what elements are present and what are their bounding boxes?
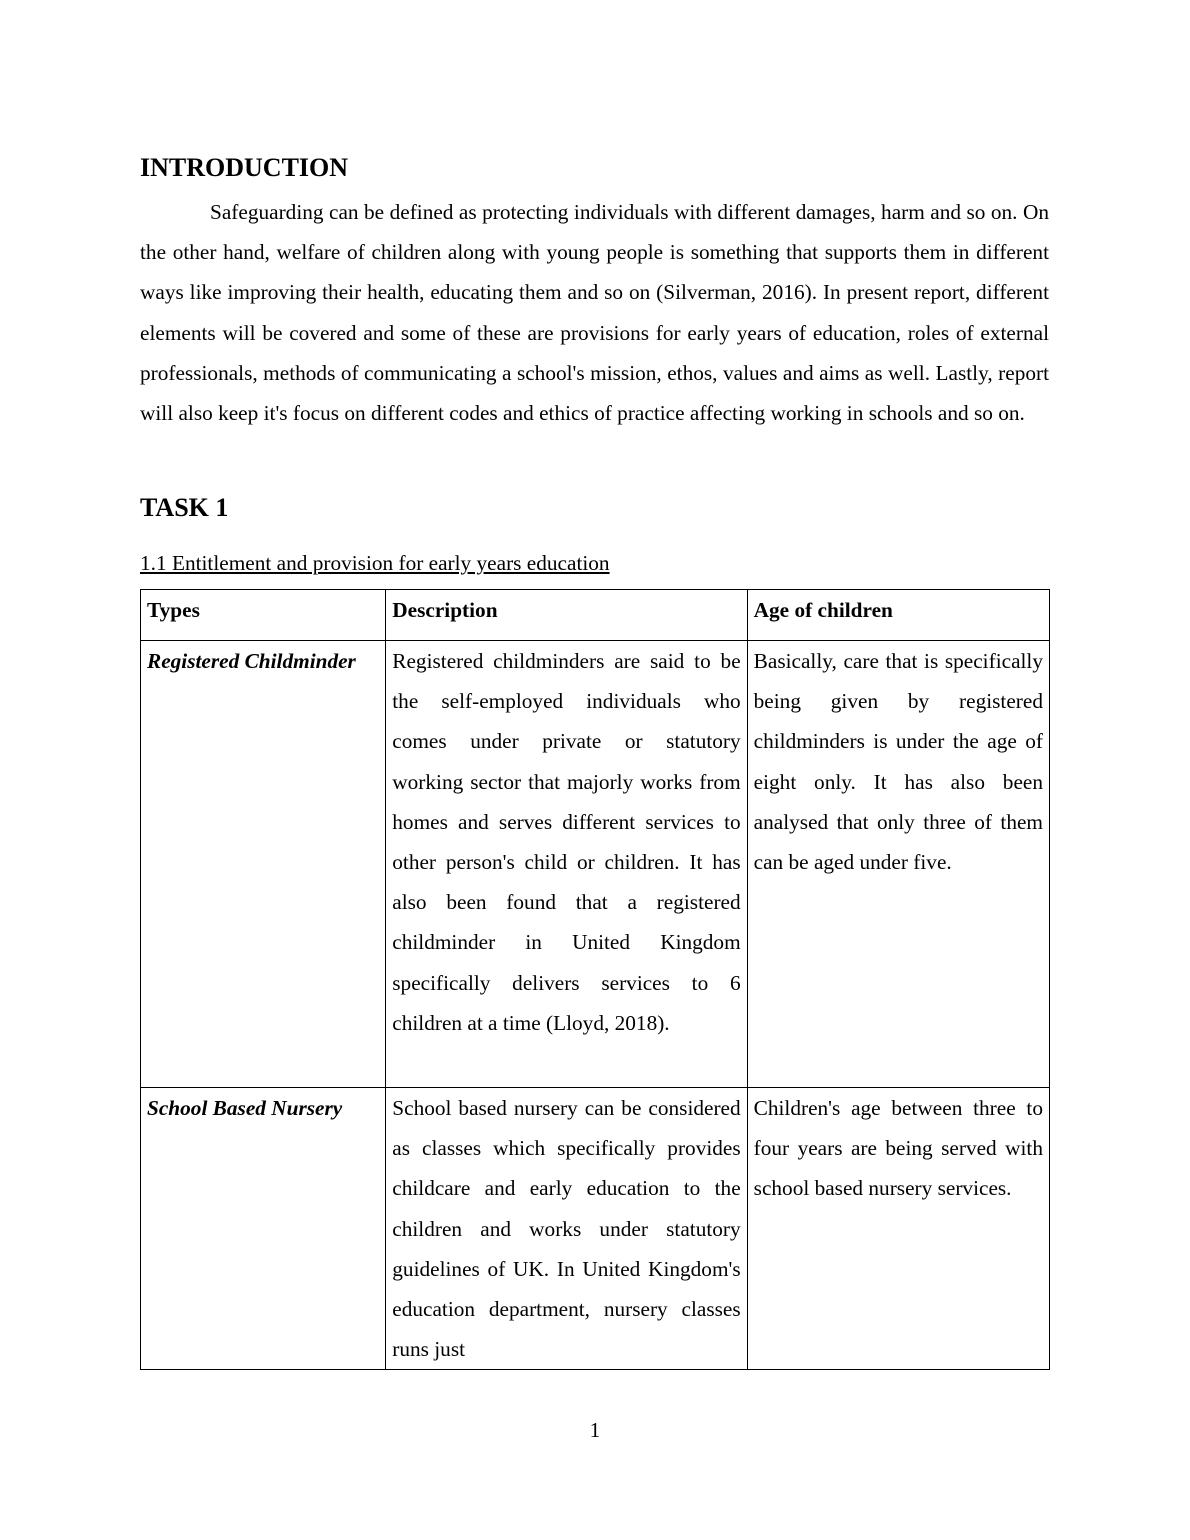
introduction-paragraph: Safeguarding can be defined as protectin… <box>140 192 1049 433</box>
row-type: Registered Childminder <box>141 641 386 1088</box>
header-age: Age of children <box>747 590 1049 641</box>
row-description: School based nursery can be considered a… <box>386 1088 747 1370</box>
introduction-heading: INTRODUCTION <box>140 155 348 181</box>
provision-table: Types Description Age of children Regist… <box>140 589 1050 1370</box>
section-subheading: 1.1 Entitlement and provision for early … <box>140 550 610 576</box>
table-header-row: Types Description Age of children <box>141 590 1050 641</box>
page-number: 1 <box>0 1418 1190 1443</box>
table-row: School Based Nursery School based nurser… <box>141 1088 1050 1370</box>
row-age: Children's age between three to four yea… <box>747 1088 1049 1370</box>
task-heading: TASK 1 <box>140 495 228 521</box>
table-row: Registered Childminder Registered childm… <box>141 641 1050 1088</box>
row-type: School Based Nursery <box>141 1088 386 1370</box>
header-types: Types <box>141 590 386 641</box>
header-description: Description <box>386 590 747 641</box>
row-description: Registered childminders are said to be t… <box>386 641 747 1088</box>
row-age: Basically, care that is specifically bei… <box>747 641 1049 1088</box>
